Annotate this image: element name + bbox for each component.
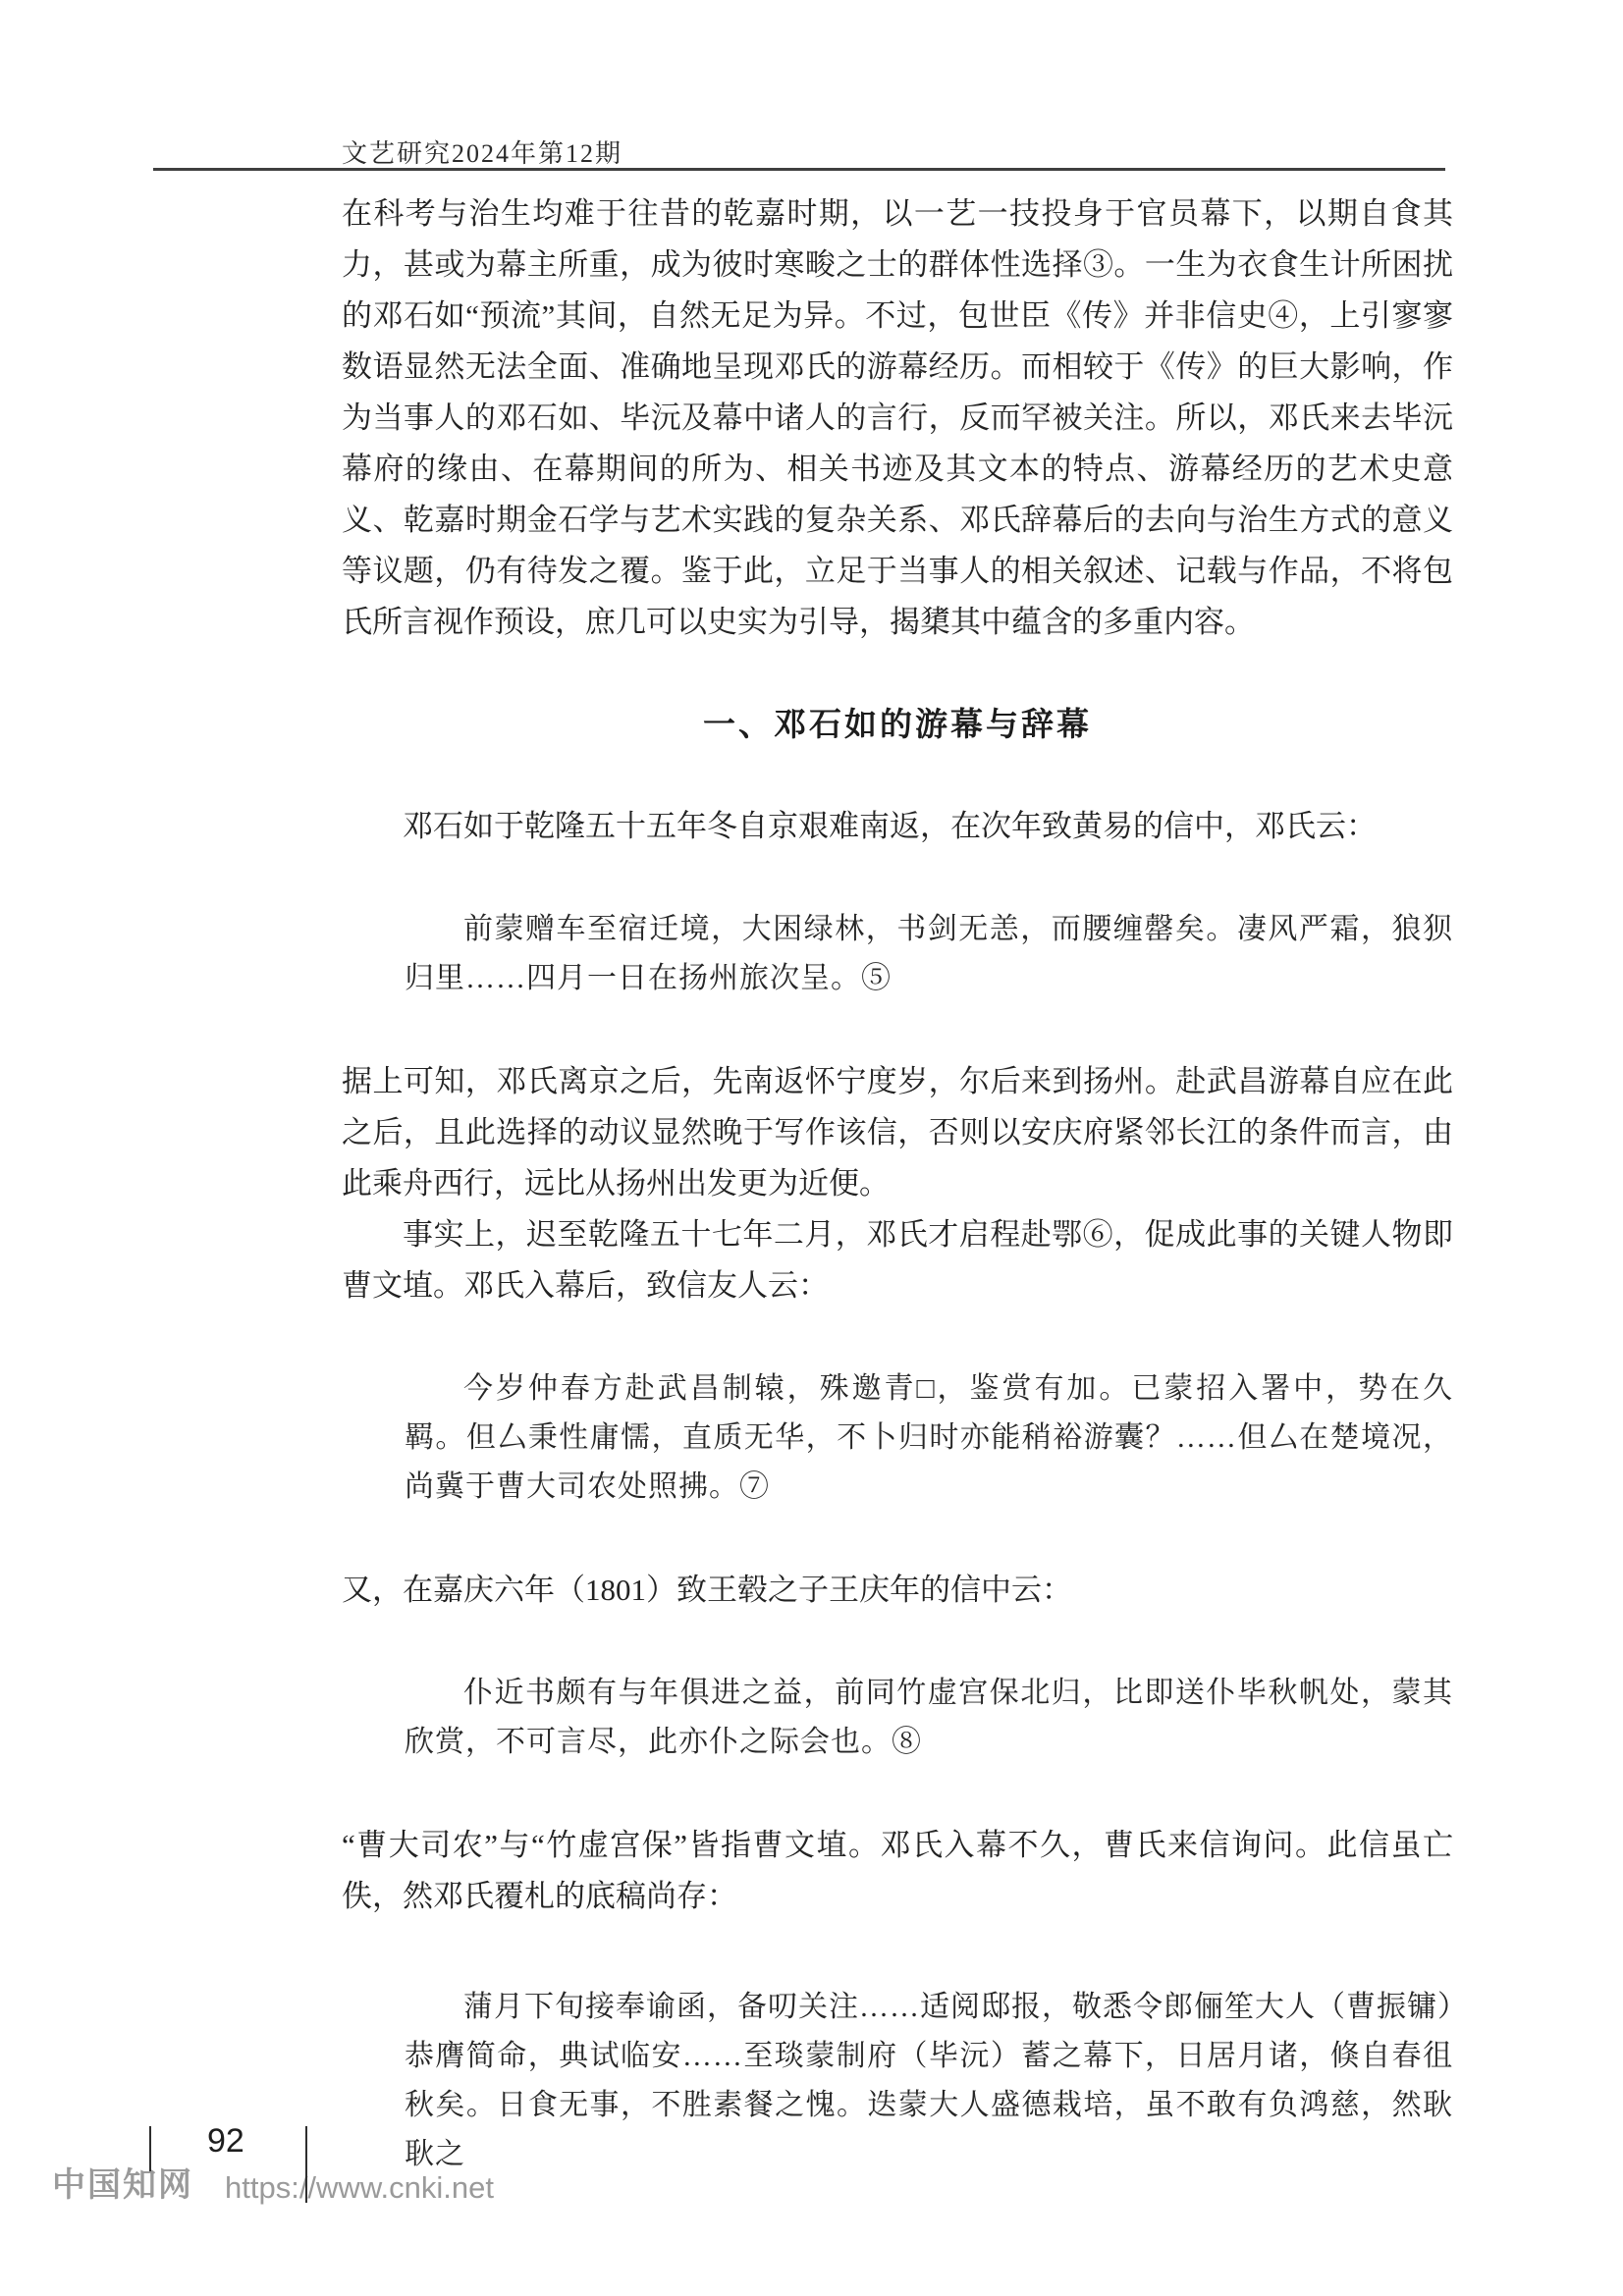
quote-letter-to-huang-yi: 前蒙赠车至宿迁境，大困绿林，书剑无恙，而腰缠罄矣。凄风严霜，狼狈归里……四月一日… xyxy=(405,905,1453,1003)
paragraph-deng-return: 邓石如于乾隆五十五年冬自京艰难南返，在次年致黄易的信中，邓氏云： xyxy=(342,801,1453,852)
paragraph-cao-identify: “曹大司农”与“竹虚宫保”皆指曹文埴。邓氏入幕不久，曹氏来信询问。此信虽亡佚，然… xyxy=(342,1820,1453,1922)
journal-scan-page: 文艺研究2024年第12期 在科考与治生均难于往昔的乾嘉时期，以一艺一技投身于官… xyxy=(0,0,1623,2296)
page-number-right-bar xyxy=(305,2126,307,2203)
page-number-left-bar xyxy=(149,2126,151,2171)
article-body: 在科考与治生均难于往昔的乾嘉时期，以一艺一技投身于官员幕下，以期自食其力，甚或为… xyxy=(342,188,1453,2179)
quote-letter-to-wang-qingnian: 仆近书颇有与年俱进之益，前同竹虚宫保北归，比即送仆毕秋帆处，蒙其欣赏，不可言尽，… xyxy=(405,1669,1453,1767)
quote-letter-to-friend: 今岁仲春方赴武昌制辕，殊邀青□，鉴赏有加。已蒙招入署中，势在久羁。但厶秉性庸懦，… xyxy=(405,1364,1453,1512)
paragraph-continuation: 在科考与治生均难于往昔的乾嘉时期，以一艺一技投身于官员幕下，以期自食其力，甚或为… xyxy=(342,188,1453,648)
quote-reply-draft: 蒲月下旬接奉谕函，备叨关注……适阅邸报，敬悉令郎俪笙大人（曹振镛）恭膺简命，典试… xyxy=(405,1983,1453,2179)
journal-issue-header: 文艺研究2024年第12期 xyxy=(342,133,622,170)
paragraph-departure: 事实上，迟至乾隆五十七年二月，邓氏才启程赴鄂⑥，促成此事的关键人物即曹文埴。邓氏… xyxy=(342,1209,1453,1311)
cnki-watermark-logo: 中国知网 xyxy=(52,2167,193,2203)
section-heading: 一、邓石如的游幕与辞幕 xyxy=(342,703,1453,748)
header-divider-rule xyxy=(153,168,1445,171)
cnki-url-text: https://www.cnki.net xyxy=(225,2171,494,2205)
paragraph-analysis: 据上可知，邓氏离京之后，先南返怀宁度岁，尔后来到扬州。赴武昌游幕自应在此之后，且… xyxy=(342,1056,1453,1209)
page-number: 92 xyxy=(207,2124,244,2158)
paragraph-jiaqing-letter: 又，在嘉庆六年（1801）致王毂之子王庆年的信中云： xyxy=(342,1565,1453,1616)
